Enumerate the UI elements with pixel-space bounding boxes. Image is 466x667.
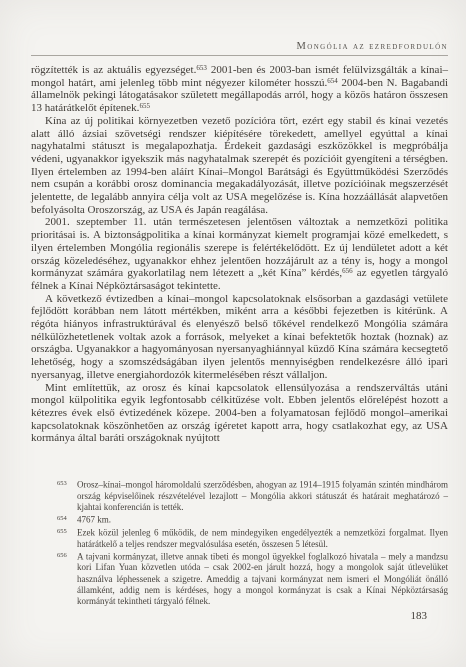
footnote-reference: 653 bbox=[196, 64, 207, 72]
scanned-book-page: Mongólia az ezredfordulón rögzítették is… bbox=[0, 0, 466, 667]
body-text: rögzítették is az aktuális egyezséget.65… bbox=[31, 64, 448, 445]
footnote-number: 654 bbox=[57, 513, 77, 524]
footnote-number: 655 bbox=[57, 526, 77, 537]
footnote: 655Ezek közül jelenleg 6 működik, de nem… bbox=[31, 526, 448, 550]
footnote-text: Orosz–kínai–mongol háromoldalú szerződés… bbox=[77, 480, 448, 512]
paragraph: Mint említettük, az orosz és kínai kapcs… bbox=[31, 382, 448, 446]
paragraph: Kína az új politikai környezetben vezető… bbox=[31, 115, 448, 217]
footnote: 653Orosz–kínai–mongol háromoldalú szerző… bbox=[31, 478, 448, 513]
footnote-text: A tajvani kormányzat, illetve annak tibe… bbox=[77, 551, 448, 606]
footnote-reference: 654 bbox=[327, 77, 338, 85]
footnote: 656A tajvani kormányzat, illetve annak t… bbox=[31, 550, 448, 608]
paragraph: rögzítették is az aktuális egyezséget.65… bbox=[31, 64, 448, 115]
footnote: 6544767 km. bbox=[31, 513, 448, 526]
page-number: 183 bbox=[411, 610, 428, 622]
footnote-reference: 655 bbox=[139, 102, 150, 110]
footnote-text: 4767 km. bbox=[77, 515, 111, 525]
paragraph: 2001. szeptember 11. után természetesen … bbox=[31, 216, 448, 292]
paragraph: A következő évtizedben a kínai–mongol ka… bbox=[31, 293, 448, 382]
footnote-number: 653 bbox=[57, 478, 77, 489]
footnote-text: Ezek közül jelenleg 6 működik, de nem mi… bbox=[77, 527, 448, 548]
footnote-reference: 656 bbox=[342, 267, 353, 275]
running-header: Mongólia az ezredfordulón bbox=[297, 41, 448, 52]
footnotes-section: 653Orosz–kínai–mongol háromoldalú szerző… bbox=[31, 478, 448, 607]
footnote-number: 656 bbox=[57, 550, 77, 561]
header-rule bbox=[31, 55, 448, 56]
